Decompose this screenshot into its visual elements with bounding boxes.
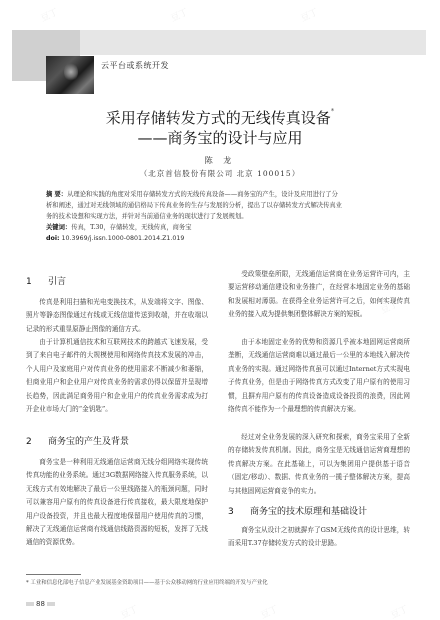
footnote-marker: * <box>26 580 29 586</box>
article-title: 采用存储转发方式的无线传真设备* <box>0 107 440 128</box>
section-heading-2: 2商务宝的产生及背景 <box>26 436 129 449</box>
doi-label: doi: <box>46 235 60 242</box>
author: 陈 龙 <box>0 155 440 166</box>
footnote: * 工业和信息化部电子信息产业发展基金资助项目——基于公众移动网的行业应用终端的… <box>26 578 268 586</box>
title-footnote-marker: * <box>331 107 335 115</box>
paragraph: 由于本地固定业务的优势和资源几乎被本地固网运营商所垄断，无线通信运营商难以通过最… <box>228 336 410 416</box>
section-heading-3: 3商务宝的技术原理和基础设计 <box>228 506 367 519</box>
title-line-1: 采用存储转发方式的无线传真设备 <box>106 109 331 127</box>
paragraph: 经过对全业务发展的深入研究和探索，商务宝采用了全新的存储转发传真机制。因此，商务… <box>228 431 410 498</box>
abstract-line: 摘 要：从理论和实践的角度对采用存储转发方式的无线传真设备——商务宝的产生，设计… <box>46 189 398 200</box>
footnote-rule <box>26 574 81 575</box>
section-thumbnail-image <box>46 56 94 94</box>
page-number-decoration <box>26 602 34 606</box>
abstract-label: 摘 要： <box>46 191 67 198</box>
section-heading-1: 1引言 <box>26 276 66 289</box>
watermark: 豆丁 <box>118 602 140 620</box>
journal-page: 豆丁 豆丁 豆丁 豆丁 豆丁 豆丁 豆丁 云平台或系统开发 采用存储转发方式的无… <box>0 0 440 620</box>
watermark: 豆丁 <box>388 602 410 620</box>
page-number-decoration <box>47 602 55 606</box>
watermark: 豆丁 <box>168 5 190 24</box>
watermark: 豆丁 <box>38 5 60 24</box>
paragraph: 传真是利用扫描和光电变换技术，从发端将文字、图像、照片等静态图像通过有线或无线信… <box>26 296 208 336</box>
section-label: 云平台或系统开发 <box>101 60 169 71</box>
watermark: 豆丁 <box>258 602 280 620</box>
footnote-text: 工业和信息化部电子信息产业发展基金资助项目——基于公众移动网的行业应用终端的开发… <box>30 580 267 586</box>
keywords-label: 关键词： <box>46 224 71 231</box>
paragraph: 商务宝从设计之初就摒弃了GSM无线传真的设计思维，转而采用T.37存储转发方式的… <box>228 524 410 551</box>
abstract: 摘 要：从理论和实践的角度对采用存储转发方式的无线传真设备——商务宝的产生，设计… <box>46 189 398 244</box>
paragraph: 由于计算机通信技术和互联网技术的跨越式飞速发展，受到了来自电子邮件的大规模使用和… <box>26 336 208 416</box>
paragraph: 受政策壁垒所限，无线通信运营商在业务运营许可内，主要运营移动通信建设和业务推广，… <box>228 268 410 322</box>
page-number: 88 <box>24 600 57 608</box>
paragraph: 商务宝是一种利用无线通信运营商无线分组网络实现传统传真功能的业务系统。通过3G数… <box>26 456 208 550</box>
affiliation: （北京首信股份有限公司 北京 100015） <box>0 168 440 179</box>
doi: doi: 10.3969/j.issn.1000-0801.2014.Z1.01… <box>46 233 398 244</box>
abstract-line: 析和阐述，通过对无线领域的通信格局下传真业务的生存与发展的分析，提出了以存储转发… <box>46 200 398 211</box>
watermark: 豆丁 <box>298 5 320 24</box>
abstract-line: 务的技术设想和实现方法，并针对当前通信业务的现状进行了发展规划。 <box>46 211 398 222</box>
article-subtitle: ——商务宝的设计与应用 <box>0 127 440 148</box>
keywords: 关键词：传真，T.30，存储转发，无线传真，商务宝 <box>46 222 398 233</box>
